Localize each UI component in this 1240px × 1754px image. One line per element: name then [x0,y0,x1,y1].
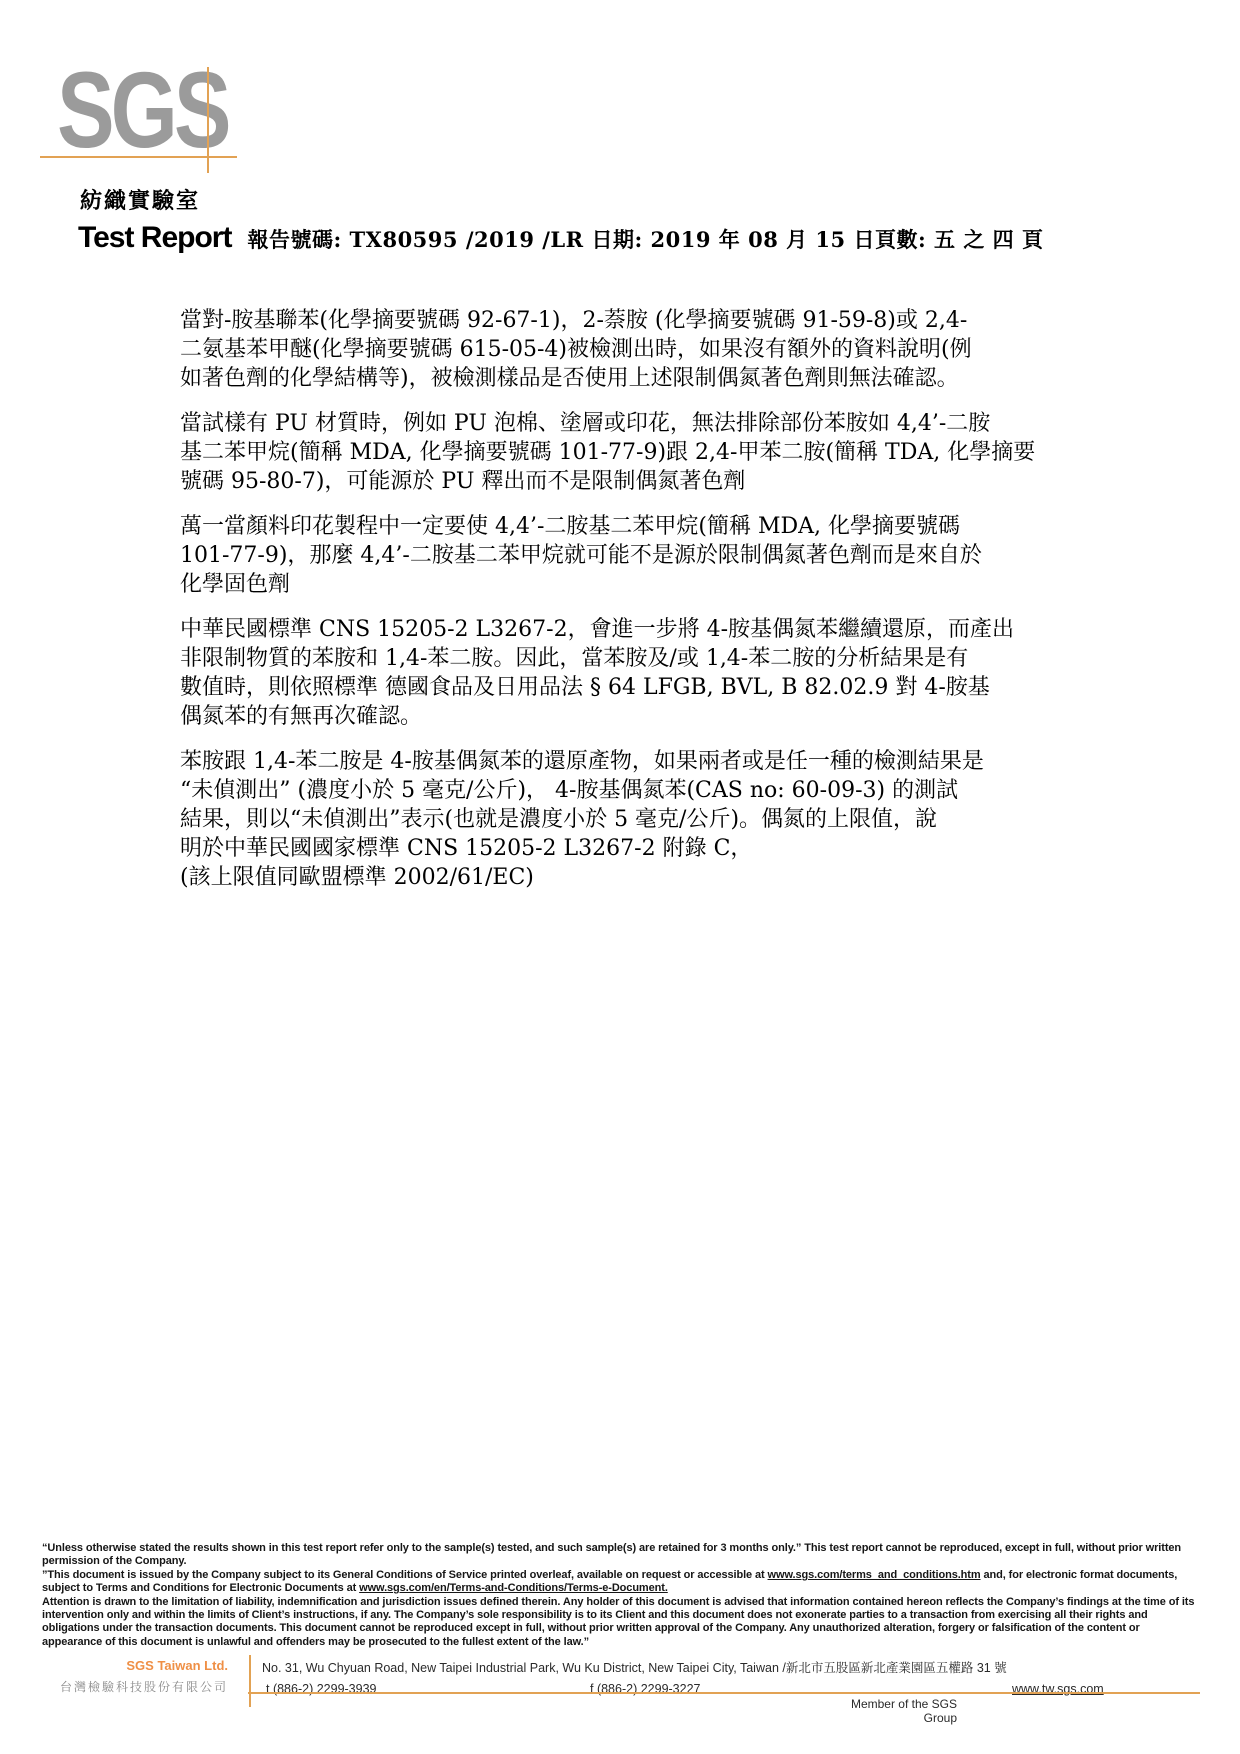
company-identity: SGS Taiwan Ltd. 台灣檢驗科技股份有限公司 [40,1658,228,1695]
body-paragraph-1: 當對-胺基聯苯(化學摘要號碼 92-67-1)，2-萘胺 (化學摘要號碼 91-… [180,306,1046,393]
disclaimer: “Unless otherwise stated the results sho… [42,1542,1200,1649]
body-paragraph-3: 萬一當顏料印花製程中一定要使 4,4’-二胺基二苯甲烷(簡稱 MDA, 化學摘要… [180,512,1046,599]
terms-conditions-link[interactable]: www.sgs.com/terms_and_conditions.htm [768,1569,981,1581]
body-paragraph-5: 苯胺跟 1,4-苯二胺是 4-胺基偶氮苯的還原產物，如果兩者或是任一種的檢測結果… [180,747,1046,892]
company-contact-row: t (886-2) 2299-3939 f (886-2) 2299-3227 … [262,1682,1202,1698]
report-header: Test Report 報告號碼: TX80595 /2019 /LR 日期: … [78,221,1043,255]
test-report-page: SGS 紡織實驗室 Test Report 報告號碼: TX80595 /201… [0,0,1240,1754]
disclaimer-p2-text: ”This document is issued by the Company … [42,1569,768,1581]
company-divider [249,1655,251,1707]
disclaimer-paragraph-3: Attention is drawn to the limitation of … [42,1596,1200,1650]
sgs-logo: SGS [57,60,227,160]
report-title: Test Report [78,221,231,255]
disclaimer-paragraph-1: “Unless otherwise stated the results sho… [42,1542,1200,1569]
lab-name: 紡織實驗室 [80,184,200,215]
body-paragraph-4: 中華民國標準 CNS 15205-2 L3267-2，會進一步將 4-胺基偶氮苯… [180,615,1046,731]
footer-rule [248,1692,1200,1694]
report-body: 當對-胺基聯苯(化學摘要號碼 92-67-1)，2-萘胺 (化學摘要號碼 91-… [180,306,1046,908]
company-name-en: SGS Taiwan Ltd. [40,1658,228,1673]
e-document-link[interactable]: www.sgs.com/en/Terms-and-Conditions/Term… [359,1582,668,1594]
report-meta: 報告號碼: TX80595 /2019 /LR 日期: 2019 年 08 月 … [247,224,1043,254]
member-note: Member of the SGS Group [815,1697,957,1725]
logo-crossline [207,67,209,173]
disclaimer-paragraph-2: ”This document is issued by the Company … [42,1569,1200,1596]
company-name-zh: 台灣檢驗科技股份有限公司 [40,1678,228,1695]
body-paragraph-2: 當試樣有 PU 材質時，例如 PU 泡棉、塗層或印花，無法排除部份苯胺如 4,4… [180,409,1046,496]
company-address: No. 31, Wu Chyuan Road, New Taipei Indus… [262,1658,1202,1676]
